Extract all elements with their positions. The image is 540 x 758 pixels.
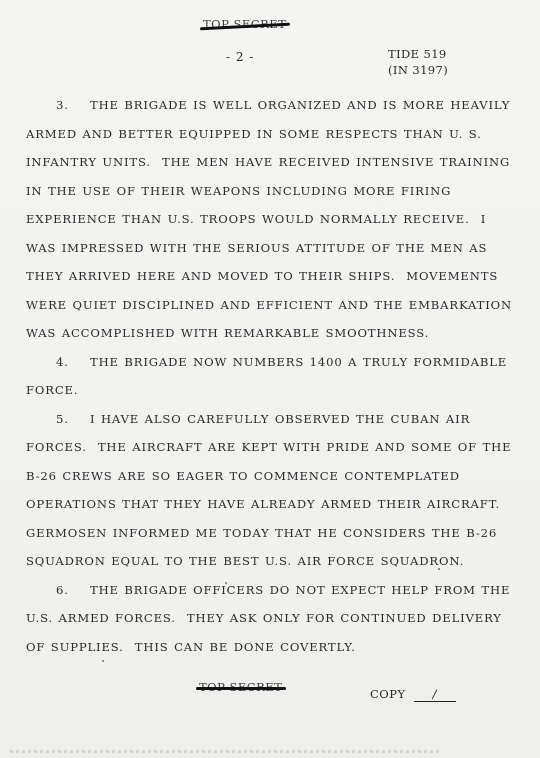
page-number: - 2 - (226, 50, 254, 64)
classification-header: TOP SECRET (203, 17, 286, 31)
paragraph-line: U.S. ARMED FORCES. THEY ASK ONLY FOR CON… (26, 604, 526, 633)
paragraph-text: THEY ARRIVED HERE AND MOVED TO THEIR SHI… (26, 269, 498, 283)
paragraph-text: EXPERIENCE THAN U.S. TROOPS WOULD NORMAL… (26, 212, 486, 226)
paragraph-first-line: 6.THE BRIGADE OFFICERS DO NOT EXPECT HEL… (26, 576, 526, 605)
paragraph-text: INFANTRY UNITS. THE MEN HAVE RECEIVED IN… (26, 155, 510, 169)
paragraph-first-line: 4.THE BRIGADE NOW NUMBERS 1400 A TRULY F… (26, 348, 526, 377)
paragraph-number: 4. (56, 348, 90, 377)
paragraph-line: IN THE USE OF THEIR WEAPONS INCLUDING MO… (26, 177, 526, 206)
paragraph-text: U.S. ARMED FORCES. THEY ASK ONLY FOR CON… (26, 611, 502, 625)
paragraph-text: SQUADRON EQUAL TO THE BEST U.S. AIR FORC… (26, 554, 464, 568)
paragraph-number: 3. (56, 91, 90, 120)
paragraph-text: OF SUPPLIES. THIS CAN BE DONE COVERTLY. (26, 640, 356, 654)
reference-line-1: TIDE 519 (388, 46, 448, 62)
copy-label: COPY (370, 687, 406, 701)
scan-speck (438, 568, 440, 570)
paragraph-text: I HAVE ALSO CAREFULLY OBSERVED THE CUBAN… (90, 412, 470, 426)
paragraph-line: OPERATIONS THAT THEY HAVE ALREADY ARMED … (26, 490, 526, 519)
paragraph-line: INFANTRY UNITS. THE MEN HAVE RECEIVED IN… (26, 148, 526, 177)
paragraph-text: GERMOSEN INFORMED ME TODAY THAT HE CONSI… (26, 526, 497, 540)
paragraph-text: OPERATIONS THAT THEY HAVE ALREADY ARMED … (26, 497, 500, 511)
paragraph-line: THEY ARRIVED HERE AND MOVED TO THEIR SHI… (26, 262, 526, 291)
classification-footer: TOP SECRET (199, 680, 282, 694)
copy-number-field: COPY / (370, 687, 456, 702)
paragraph-line: B-26 CREWS ARE SO EAGER TO COMMENCE CONT… (26, 462, 526, 491)
paragraph-text: FORCES. THE AIRCRAFT ARE KEPT WITH PRIDE… (26, 440, 511, 454)
paragraph-line: FORCES. THE AIRCRAFT ARE KEPT WITH PRIDE… (26, 433, 526, 462)
paragraph-number: 6. (56, 576, 90, 605)
paragraph-text: THE BRIGADE OFFICERS DO NOT EXPECT HELP … (90, 583, 510, 597)
paragraph-line: WAS ACCOMPLISHED WITH REMARKABLE SMOOTHN… (26, 319, 526, 348)
copy-number: / (414, 688, 456, 702)
paragraph-text: WAS IMPRESSED WITH THE SERIOUS ATTITUDE … (26, 241, 487, 255)
paragraph-first-line: 5.I HAVE ALSO CAREFULLY OBSERVED THE CUB… (26, 405, 526, 434)
paragraph-text: ARMED AND BETTER EQUIPPED IN SOME RESPEC… (26, 127, 482, 141)
scan-speck (102, 660, 104, 662)
paragraph-line: WERE QUIET DISCIPLINED AND EFFICIENT AND… (26, 291, 526, 320)
scan-edge-artifact (10, 750, 440, 753)
paragraph-text: WERE QUIET DISCIPLINED AND EFFICIENT AND… (26, 298, 512, 312)
paragraph-line: ARMED AND BETTER EQUIPPED IN SOME RESPEC… (26, 120, 526, 149)
strikethrough-mark (196, 687, 286, 690)
paragraph-text: WAS ACCOMPLISHED WITH REMARKABLE SMOOTHN… (26, 326, 429, 340)
document-body: 3.THE BRIGADE IS WELL ORGANIZED AND IS M… (26, 91, 526, 661)
paragraph-first-line: 3.THE BRIGADE IS WELL ORGANIZED AND IS M… (26, 91, 526, 120)
paragraph-text: THE BRIGADE NOW NUMBERS 1400 A TRULY FOR… (90, 355, 507, 369)
paragraph-line: SQUADRON EQUAL TO THE BEST U.S. AIR FORC… (26, 547, 526, 576)
paragraph-line: FORCE. (26, 376, 526, 405)
paragraph-line: WAS IMPRESSED WITH THE SERIOUS ATTITUDE … (26, 234, 526, 263)
scan-speck (225, 582, 227, 584)
paragraph-number: 5. (56, 405, 90, 434)
paragraph-text: B-26 CREWS ARE SO EAGER TO COMMENCE CONT… (26, 469, 460, 483)
document-page: TOP SECRET - 2 - TIDE 519 (IN 3197) 3.TH… (0, 0, 540, 758)
reference-line-2: (IN 3197) (388, 62, 448, 78)
paragraph-line: GERMOSEN INFORMED ME TODAY THAT HE CONSI… (26, 519, 526, 548)
paragraph-line: OF SUPPLIES. THIS CAN BE DONE COVERTLY. (26, 633, 526, 662)
paragraph-text: THE BRIGADE IS WELL ORGANIZED AND IS MOR… (90, 98, 510, 112)
paragraph-line: EXPERIENCE THAN U.S. TROOPS WOULD NORMAL… (26, 205, 526, 234)
message-reference: TIDE 519 (IN 3197) (388, 46, 448, 78)
paragraph-text: IN THE USE OF THEIR WEAPONS INCLUDING MO… (26, 184, 451, 198)
paragraph-text: FORCE. (26, 383, 78, 397)
